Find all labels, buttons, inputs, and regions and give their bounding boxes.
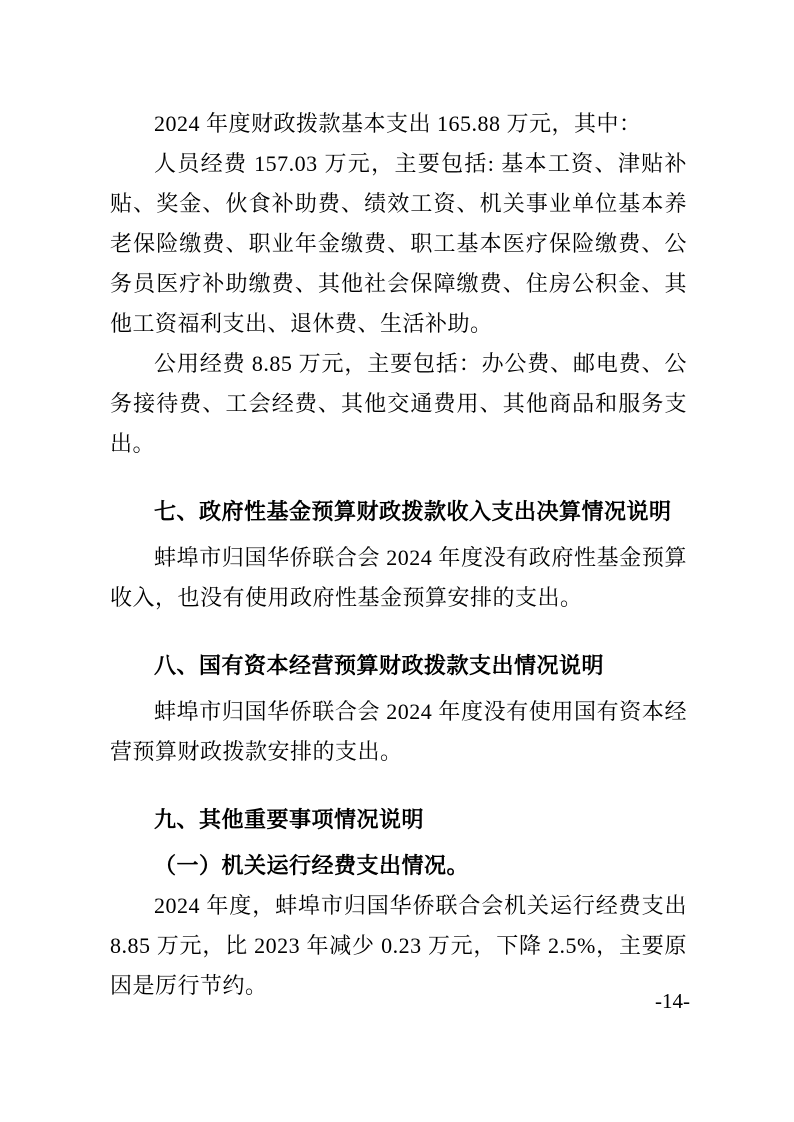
- paragraph-personnel-funds: 人员经费 157.03 万元，主要包括: 基本工资、津贴补贴、奖金、伙食补助费、…: [110, 144, 687, 344]
- paragraph-section-eight: 蚌埠市归国华侨联合会 2024 年度没有使用国有资本经营预算财政拨款安排的支出。: [110, 692, 687, 772]
- subheading-nine-one: （一）机关运行经费支出情况。: [110, 846, 687, 886]
- document-page: 2024 年度财政拨款基本支出 165.88 万元，其中： 人员经费 157.0…: [0, 0, 794, 1122]
- paragraph-public-funds: 公用经费 8.85 万元，主要包括：办公费、邮电费、公务接待费、工会经费、其他交…: [110, 344, 687, 464]
- document-body: 2024 年度财政拨款基本支出 165.88 万元，其中： 人员经费 157.0…: [110, 104, 687, 1006]
- heading-section-nine: 九、其他重要事项情况说明: [110, 800, 687, 840]
- heading-section-eight: 八、国有资本经营预算财政拨款支出情况说明: [110, 646, 687, 686]
- page-number: -14-: [110, 986, 690, 1016]
- paragraph-section-seven: 蚌埠市归国华侨联合会 2024 年度没有政府性基金预算收入，也没有使用政府性基金…: [110, 538, 687, 618]
- paragraph-basic-expenditure: 2024 年度财政拨款基本支出 165.88 万元，其中：: [110, 104, 687, 144]
- heading-section-seven: 七、政府性基金预算财政拨款收入支出决算情况说明: [110, 492, 687, 532]
